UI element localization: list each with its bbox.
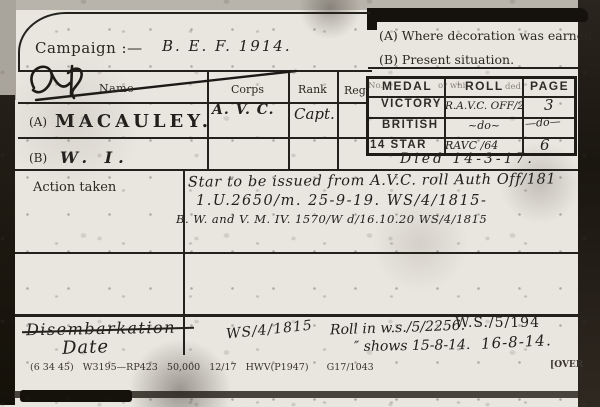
campaign-value: B. E. F. 1914. <box>162 37 292 55</box>
column-header-name: Name <box>99 82 134 95</box>
rule-under-row-b <box>15 169 578 171</box>
page-star: 6 <box>540 136 550 154</box>
notes-box-top-bar <box>367 8 588 22</box>
column-header-reg: Reg. <box>344 84 369 97</box>
rule-under-row-a <box>18 137 367 139</box>
note-where-earned: (A) Where decoration was earned. <box>379 28 596 43</box>
scan-edge-right <box>578 0 600 407</box>
roll-header-stamp: ROLL <box>465 79 504 93</box>
roll-victory: R.A.V.C. OFF/2 <box>445 100 524 112</box>
divider-rank-reg <box>337 71 339 170</box>
medal-header-stamp: MEDAL <box>382 79 432 93</box>
medal-row-victory: VICTORY <box>381 98 442 110</box>
medal-header-ghost-mid: or whi <box>438 81 465 91</box>
row-a-name: MACAULEY. <box>55 111 212 132</box>
medal-header-ghost-no: No. <box>368 81 383 91</box>
bottom-date-right: 16-8-14. <box>481 331 552 353</box>
roll-british-ditto: ~do~ <box>468 119 500 132</box>
bottom-ref-right: W.S./5/194 <box>455 315 540 331</box>
medal-index-card-scan: Campaign :— B. E. F. 1914. Name Corps Ra… <box>0 0 600 407</box>
medal-row-british: BRITISH <box>382 119 439 131</box>
row-a-rank: Capt. <box>294 105 335 123</box>
page-british-ditto: —do— <box>525 115 561 130</box>
page-header-stamp: PAGE <box>530 79 569 93</box>
row-a-corps: A. V. C. <box>212 102 275 118</box>
page-victory: 3 <box>544 96 554 114</box>
column-header-rank: Rank <box>298 83 327 96</box>
medal-row-star: 14 STAR <box>370 139 427 151</box>
row-a-prefix: (A) <box>29 115 47 129</box>
action-line-3: B. W. and V. M. IV. 1570/W d/16.10.20 WS… <box>176 212 487 226</box>
bottom-roll-note-2: ″ shows 15-8-14. <box>354 337 471 355</box>
campaign-label: Campaign :— <box>35 39 143 57</box>
rule-under-notes-box <box>368 67 578 69</box>
action-line-2: 1.U.2650/m. 25-9-19. WS/4/1815- <box>196 193 487 209</box>
medal-table-col-divider-2 <box>522 79 524 153</box>
row-b-prefix: (B) <box>29 151 47 165</box>
rule-mid <box>15 252 578 254</box>
scan-edge-left <box>0 95 15 405</box>
action-line-1: Star to be issued from A.V.C. roll Auth … <box>188 171 556 190</box>
died-note: Died 14-3-17. <box>400 151 535 167</box>
card-bottom-blotch <box>20 390 132 402</box>
scan-edge-left-top <box>0 0 16 100</box>
note-present-situation: (B) Present situation. <box>379 52 514 67</box>
row-b-name: W. I. <box>60 148 130 167</box>
medal-header-ghost-ded: ded <box>505 82 521 92</box>
action-taken-label: Action taken <box>33 180 116 195</box>
column-header-corps: Corps <box>231 83 264 96</box>
date-word: Date <box>62 336 110 359</box>
form-print-code: (6 34 45) W3195—RP423 50,000 12/17 HWV(P… <box>30 362 374 373</box>
over-note: [OVER <box>550 360 583 370</box>
ink-scribble <box>20 58 300 104</box>
